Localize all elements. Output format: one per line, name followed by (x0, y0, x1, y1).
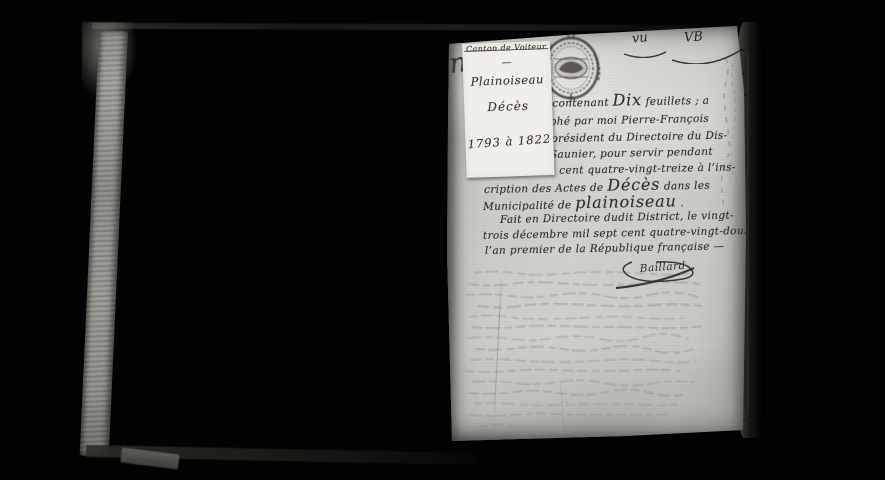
label-separator: — (463, 56, 551, 70)
register-page: lain Canton de Voiteur — Plainoiseau Déc… (446, 22, 748, 442)
initials-underline-flourish (670, 44, 746, 64)
text-line-7: Municipalité de plainoiseau . (483, 193, 684, 213)
vu-mark-flourish (622, 44, 674, 58)
label-canton: Canton de Voiteur (462, 42, 550, 54)
book-cover-top-edge (92, 23, 740, 31)
label-commune: Plainoiseau (463, 72, 551, 89)
word-plainoiseau: plainoiseau (575, 191, 677, 212)
signature-flourish: Baillard (606, 252, 710, 294)
signature-name: Baillard (638, 260, 686, 275)
label-date-range: 1793 à 1822 (465, 131, 554, 151)
archival-scan: lain Canton de Voiteur — Plainoiseau Déc… (0, 0, 885, 480)
label-register-type: Décès (464, 98, 552, 115)
word-dix: Dix (612, 90, 642, 110)
underlying-title-fragment: lain (411, 47, 469, 84)
spine-label: Canton de Voiteur — Plainoiseau Décès 17… (462, 41, 555, 178)
text-line-1: e contenant Dix feuillets ; a (542, 91, 710, 110)
